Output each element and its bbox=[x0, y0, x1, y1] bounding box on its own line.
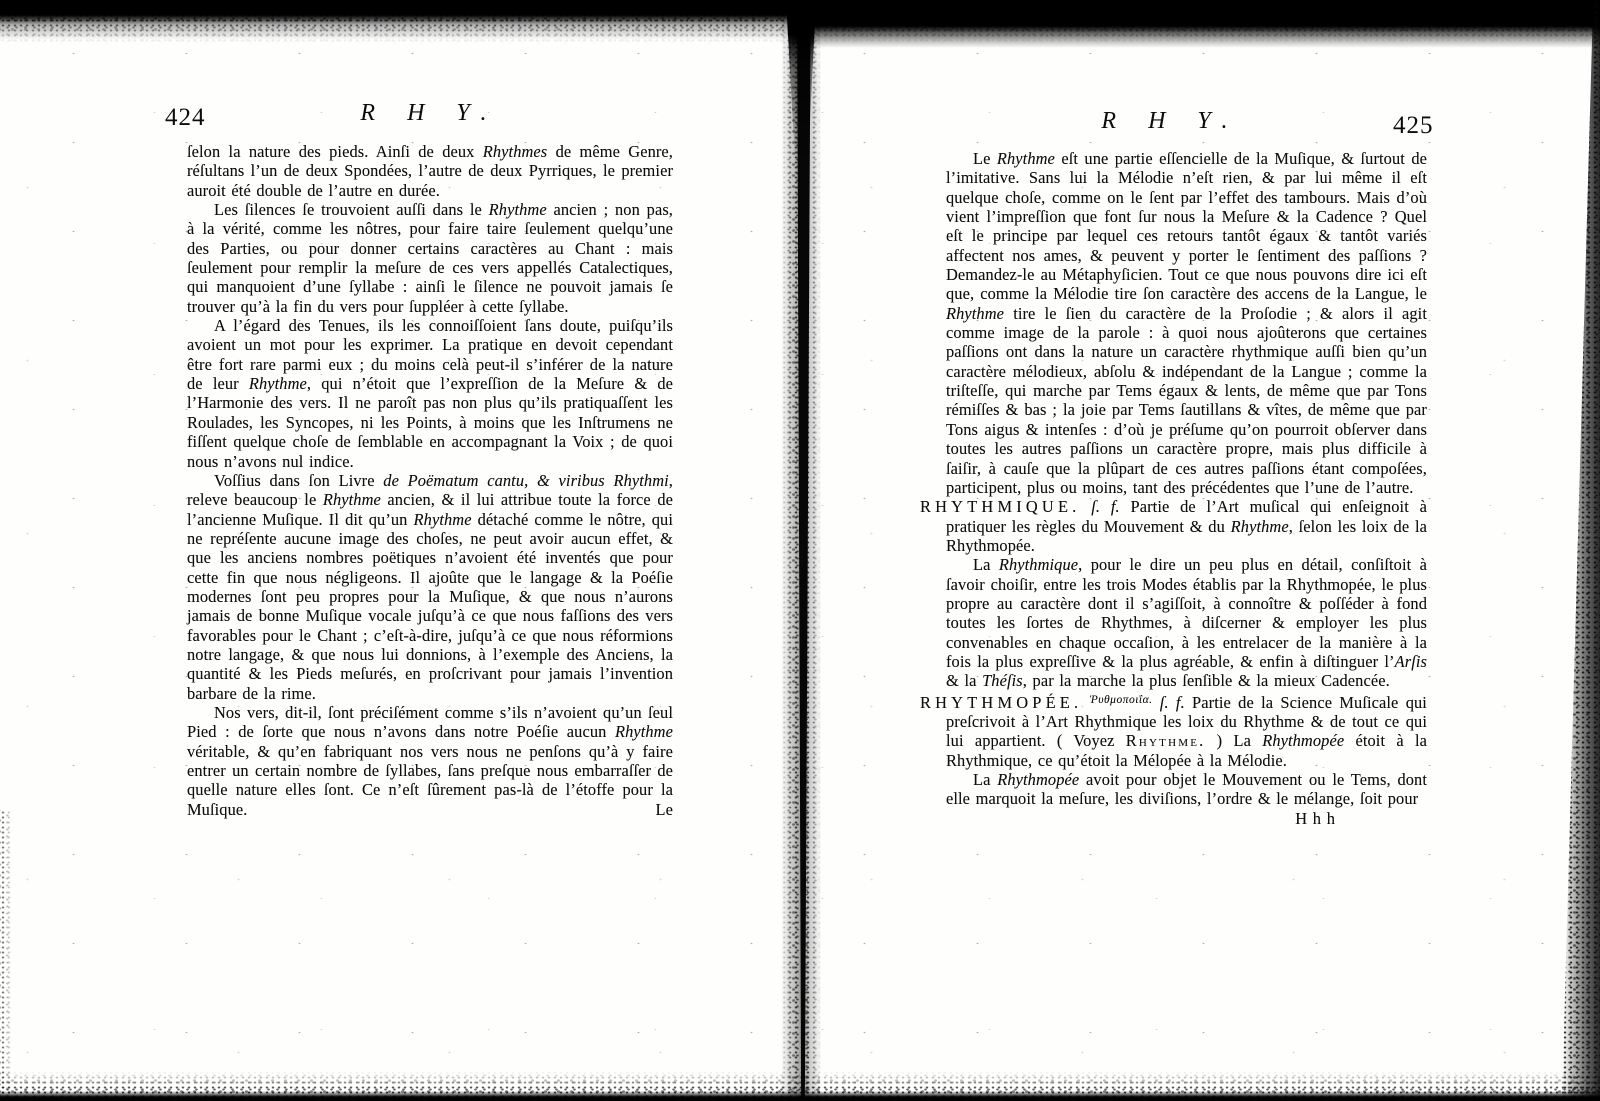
text-segment bbox=[1082, 693, 1089, 712]
left-page-paragraphs: ſelon la nature des pieds. Ainſi de deux… bbox=[187, 142, 673, 819]
italic-segment: Rhythmopée bbox=[1262, 731, 1344, 750]
paragraph: Les ſilences ſe trouvoient auſſi dans le… bbox=[187, 200, 673, 316]
text-segment: La bbox=[973, 555, 999, 574]
greek-segment: Ῥυθμοποιΐα. bbox=[1090, 694, 1153, 706]
paragraph: RHYTHMIQUE. ſ. f. Partie de l’Art muſica… bbox=[946, 497, 1427, 555]
right-running-head: R H Y. bbox=[936, 108, 1406, 135]
catchword: Le bbox=[656, 800, 674, 819]
italic-segment: Rhythme bbox=[323, 490, 381, 509]
text-segment: Les ſilences ſe trouvoient auſſi dans le bbox=[214, 200, 489, 219]
gutter-speckle bbox=[781, 0, 821, 1101]
text-segment: véritable, & qu’en fabriquant nos vers n… bbox=[187, 742, 673, 819]
right-page-paragraphs: Le Rhythme eſt une partie eſſencielle de… bbox=[946, 149, 1427, 809]
signature-line: H h h bbox=[946, 809, 1427, 828]
text-segment: Voſſius dans ſon Livre bbox=[214, 471, 383, 490]
text-segment bbox=[1153, 693, 1160, 712]
gutter-top-shadow bbox=[786, 0, 816, 170]
text-segment: & la bbox=[946, 671, 982, 690]
italic-segment: Arſis bbox=[1395, 652, 1427, 671]
paragraph: Nos vers, dit-il, ſont préciſément comme… bbox=[187, 703, 673, 819]
right-edge-gradient bbox=[1562, 0, 1600, 1101]
italic-segment: Rhythme bbox=[615, 722, 673, 741]
italic-segment: ſ. f. bbox=[1160, 693, 1185, 712]
italic-segment: Rhythmique bbox=[999, 555, 1078, 574]
book-gutter bbox=[781, 0, 821, 1101]
text-segment: La bbox=[973, 770, 997, 789]
scan-edge-top-fuzz bbox=[0, 8, 1600, 46]
right-page-text: Le Rhythme eſt une partie eſſencielle de… bbox=[946, 149, 1427, 828]
right-edge-speckle bbox=[1562, 0, 1600, 1101]
gathering-signature: H h h bbox=[1295, 809, 1335, 828]
paragraph: La Rhythmopée avoit pour objet le Mouvem… bbox=[946, 770, 1427, 809]
paragraph: ſelon la nature des pieds. Ainſi de deux… bbox=[187, 142, 673, 200]
italic-segment: Rhythme bbox=[997, 149, 1055, 168]
paragraph: La Rhythmique, pour le dire un peu plus … bbox=[946, 555, 1427, 690]
gutter-spine-line bbox=[795, 0, 812, 1101]
headword-segment: RHYTHMOPÉE. bbox=[920, 693, 1082, 712]
scan-edge-bottom-fuzz bbox=[0, 1070, 1600, 1098]
paragraph: A l’égard des Tenues, ils les connoiſſoi… bbox=[187, 316, 673, 471]
text-segment: ſelon la nature des pieds. Ainſi de deux bbox=[187, 142, 483, 161]
italic-segment: de Poëmatum cantu, & viribus Rhythmi bbox=[383, 471, 669, 490]
italic-segment: Rhythmopée bbox=[997, 770, 1079, 789]
text-segment bbox=[1080, 497, 1091, 516]
headword-segment: RHYTHMIQUE. bbox=[920, 497, 1080, 516]
text-segment: tire le ſien du caractère de la Proſodie… bbox=[946, 304, 1427, 497]
left-running-head: R H Y. bbox=[187, 100, 673, 127]
scan-edge-top-right bbox=[792, 0, 1600, 50]
smallcaps-segment: Rhythme. bbox=[1126, 731, 1206, 750]
text-segment: eſt une partie eſſencielle de la Muſique… bbox=[946, 149, 1427, 303]
gutter-shadow bbox=[781, 0, 821, 1101]
book-scan: 424 R H Y. R H Y. 425 ſelon la nature de… bbox=[0, 0, 1600, 1101]
paragraph: Le Rhythme eſt une partie eſſencielle de… bbox=[946, 149, 1427, 497]
text-segment: , par la marche la plus ſenſible & la mi… bbox=[1023, 671, 1390, 690]
text-segment: ) La bbox=[1205, 731, 1262, 750]
scan-edge-left bbox=[0, 810, 13, 1101]
italic-segment: ſ. f. bbox=[1091, 497, 1119, 516]
paragraph: RHYTHMOPÉE. Ῥυθμοποιΐα. ſ. f. Partie de … bbox=[946, 691, 1427, 770]
scan-edge-right bbox=[1562, 0, 1600, 1101]
italic-segment: Théſis bbox=[982, 671, 1023, 690]
paragraph: Voſſius dans ſon Livre de Poëmatum cantu… bbox=[187, 471, 673, 703]
left-page-text: ſelon la nature des pieds. Ainſi de deux… bbox=[187, 142, 673, 819]
text-segment: Le bbox=[973, 149, 997, 168]
italic-segment: Rhythme bbox=[249, 374, 307, 393]
italic-segment: Rhythme bbox=[414, 510, 472, 529]
scan-edge-bottom bbox=[0, 1091, 1600, 1101]
italic-segment: Rhythme bbox=[1231, 517, 1289, 536]
text-segment: détaché comme le nôtre, qui ne repréſent… bbox=[187, 510, 673, 703]
italic-segment: Rhythme bbox=[489, 200, 547, 219]
right-page-number: 425 bbox=[1393, 112, 1434, 140]
text-segment: Nos vers, dit-il, ſont préciſément comme… bbox=[187, 703, 673, 741]
scan-edge-top bbox=[0, 0, 1600, 42]
italic-segment: Rhythme bbox=[946, 304, 1004, 323]
italic-segment: Rhythmes bbox=[483, 142, 548, 161]
